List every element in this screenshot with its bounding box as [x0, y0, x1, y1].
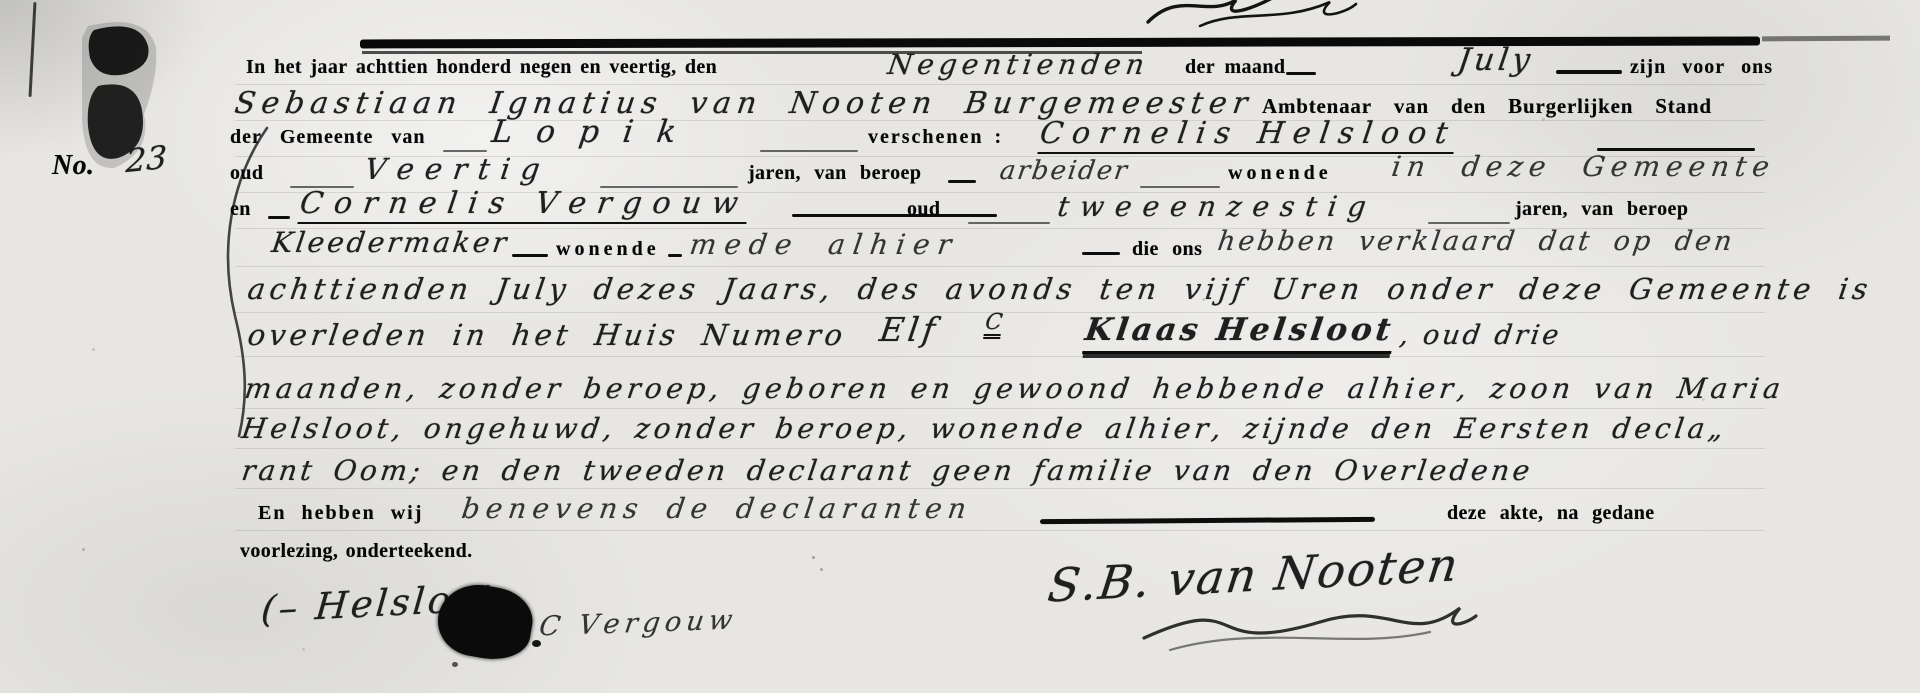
top-border-bar: [360, 37, 1760, 49]
printed-years-occupation-2: jaren, van beroep: [1515, 198, 1688, 221]
filler-dash: [668, 254, 682, 257]
form-rule: [235, 530, 1765, 531]
form-rule: [235, 448, 1765, 449]
form-rule: [235, 84, 1765, 85]
filler-dash: [268, 216, 290, 219]
hw-relation-details: rant Oom; en den tweeden declarant geen …: [240, 454, 1536, 487]
form-rule: [235, 408, 1765, 409]
left-edge-stroke: [29, 2, 37, 97]
printed-residing-1: wonende: [1228, 162, 1332, 185]
printed-year-intro: In het jaar achttien honderd negen en ve…: [246, 56, 717, 79]
hw-declarant1-occupation: arbeider: [998, 156, 1131, 186]
printed-this-act: deze akte, na gedane: [1447, 502, 1655, 525]
hw-house-number: Elf: [877, 310, 941, 349]
filler-dash: [1286, 72, 1316, 75]
hw-deceased-name: Klaas Helsloot: [1082, 312, 1397, 354]
hw-together-with: benevens de declaranten: [460, 492, 975, 525]
printed-years-occupation-1: jaren, van beroep: [748, 162, 921, 185]
margin-act-number: 23: [125, 138, 167, 180]
hw-declarant2-residence: mede alhier: [688, 228, 962, 261]
hw-deceased-details: maanden, zonder beroep, geboren en gewoo…: [243, 372, 1787, 405]
hw-declarant1-name: Cornelis Helsloot: [1037, 116, 1459, 154]
printed-after-reading: voorlezing, onderteekend.: [240, 540, 473, 563]
signature-declarant2: C Vergouw: [537, 605, 739, 643]
printed-age-label-1: oud: [230, 162, 263, 185]
form-rule: [235, 356, 1765, 357]
blank-rule: [968, 222, 1050, 224]
hw-month: July: [1455, 42, 1536, 78]
printed-age-label-2: oud: [907, 198, 940, 221]
printed-before-us: zijn voor ons: [1630, 56, 1773, 79]
form-rule: [235, 266, 1765, 267]
hw-day-of-month: Negentienden: [886, 48, 1152, 81]
hw-municipality: Lopik: [489, 114, 702, 150]
printed-residing-2: wonende: [556, 238, 660, 261]
hw-declarant1-age: Veertig: [363, 152, 553, 186]
blank-rule: [760, 150, 858, 152]
ink-blot-satellite: [452, 662, 458, 667]
hw-declarant2-occupation: Kleedermaker: [270, 226, 512, 259]
hw-age-months-start: , oud drie: [1398, 320, 1564, 351]
printed-and: en: [230, 198, 251, 221]
margin-no-label: No.: [52, 150, 94, 182]
filler-dash: [512, 254, 548, 257]
paper-specks: [82, 548, 85, 551]
top-border-tail: [1762, 36, 1890, 42]
hw-mother-details: Helsloot, ongehuwd, zonder beroep, wonen…: [240, 412, 1730, 445]
hw-death-date-time: achttienden July dezes Jaars, des avonds…: [246, 272, 1875, 306]
hw-died-in-house: overleden in het Huis Numero: [246, 318, 849, 352]
signature-official-flourish: [1130, 580, 1480, 665]
death-record-scan: No. 23 In het jaar achttien honderd nege…: [0, 0, 1920, 693]
filler-dash: [792, 214, 997, 217]
hw-declarant2-age: tweeenzestig: [1056, 190, 1379, 223]
hw-declarant2-name: Cornelis Vergouw: [297, 186, 751, 224]
form-rule: [235, 488, 1765, 489]
hw-declarant1-residence: in deze Gemeente: [1390, 150, 1778, 183]
printed-municipality-label: der Gemeente van: [230, 126, 426, 149]
corner-ink-flourish: [1140, 0, 1360, 32]
hw-declaration: hebben verklaard dat op den: [1216, 226, 1737, 257]
filler-dash: [1082, 252, 1120, 255]
filler-dash: [948, 180, 976, 183]
filler-dash: [1556, 70, 1622, 74]
printed-appeared: verschenen :: [868, 126, 1003, 149]
printed-and-we-have: En hebben wij: [258, 502, 423, 525]
printed-der-maand: der maand: [1185, 56, 1285, 79]
blank-rule: [1428, 222, 1510, 224]
blank-rule: [1140, 186, 1220, 188]
hw-house-letter: C: [983, 312, 1004, 339]
filler-dash-heavy: [1040, 517, 1375, 524]
printed-who-us: die ons: [1132, 238, 1202, 261]
